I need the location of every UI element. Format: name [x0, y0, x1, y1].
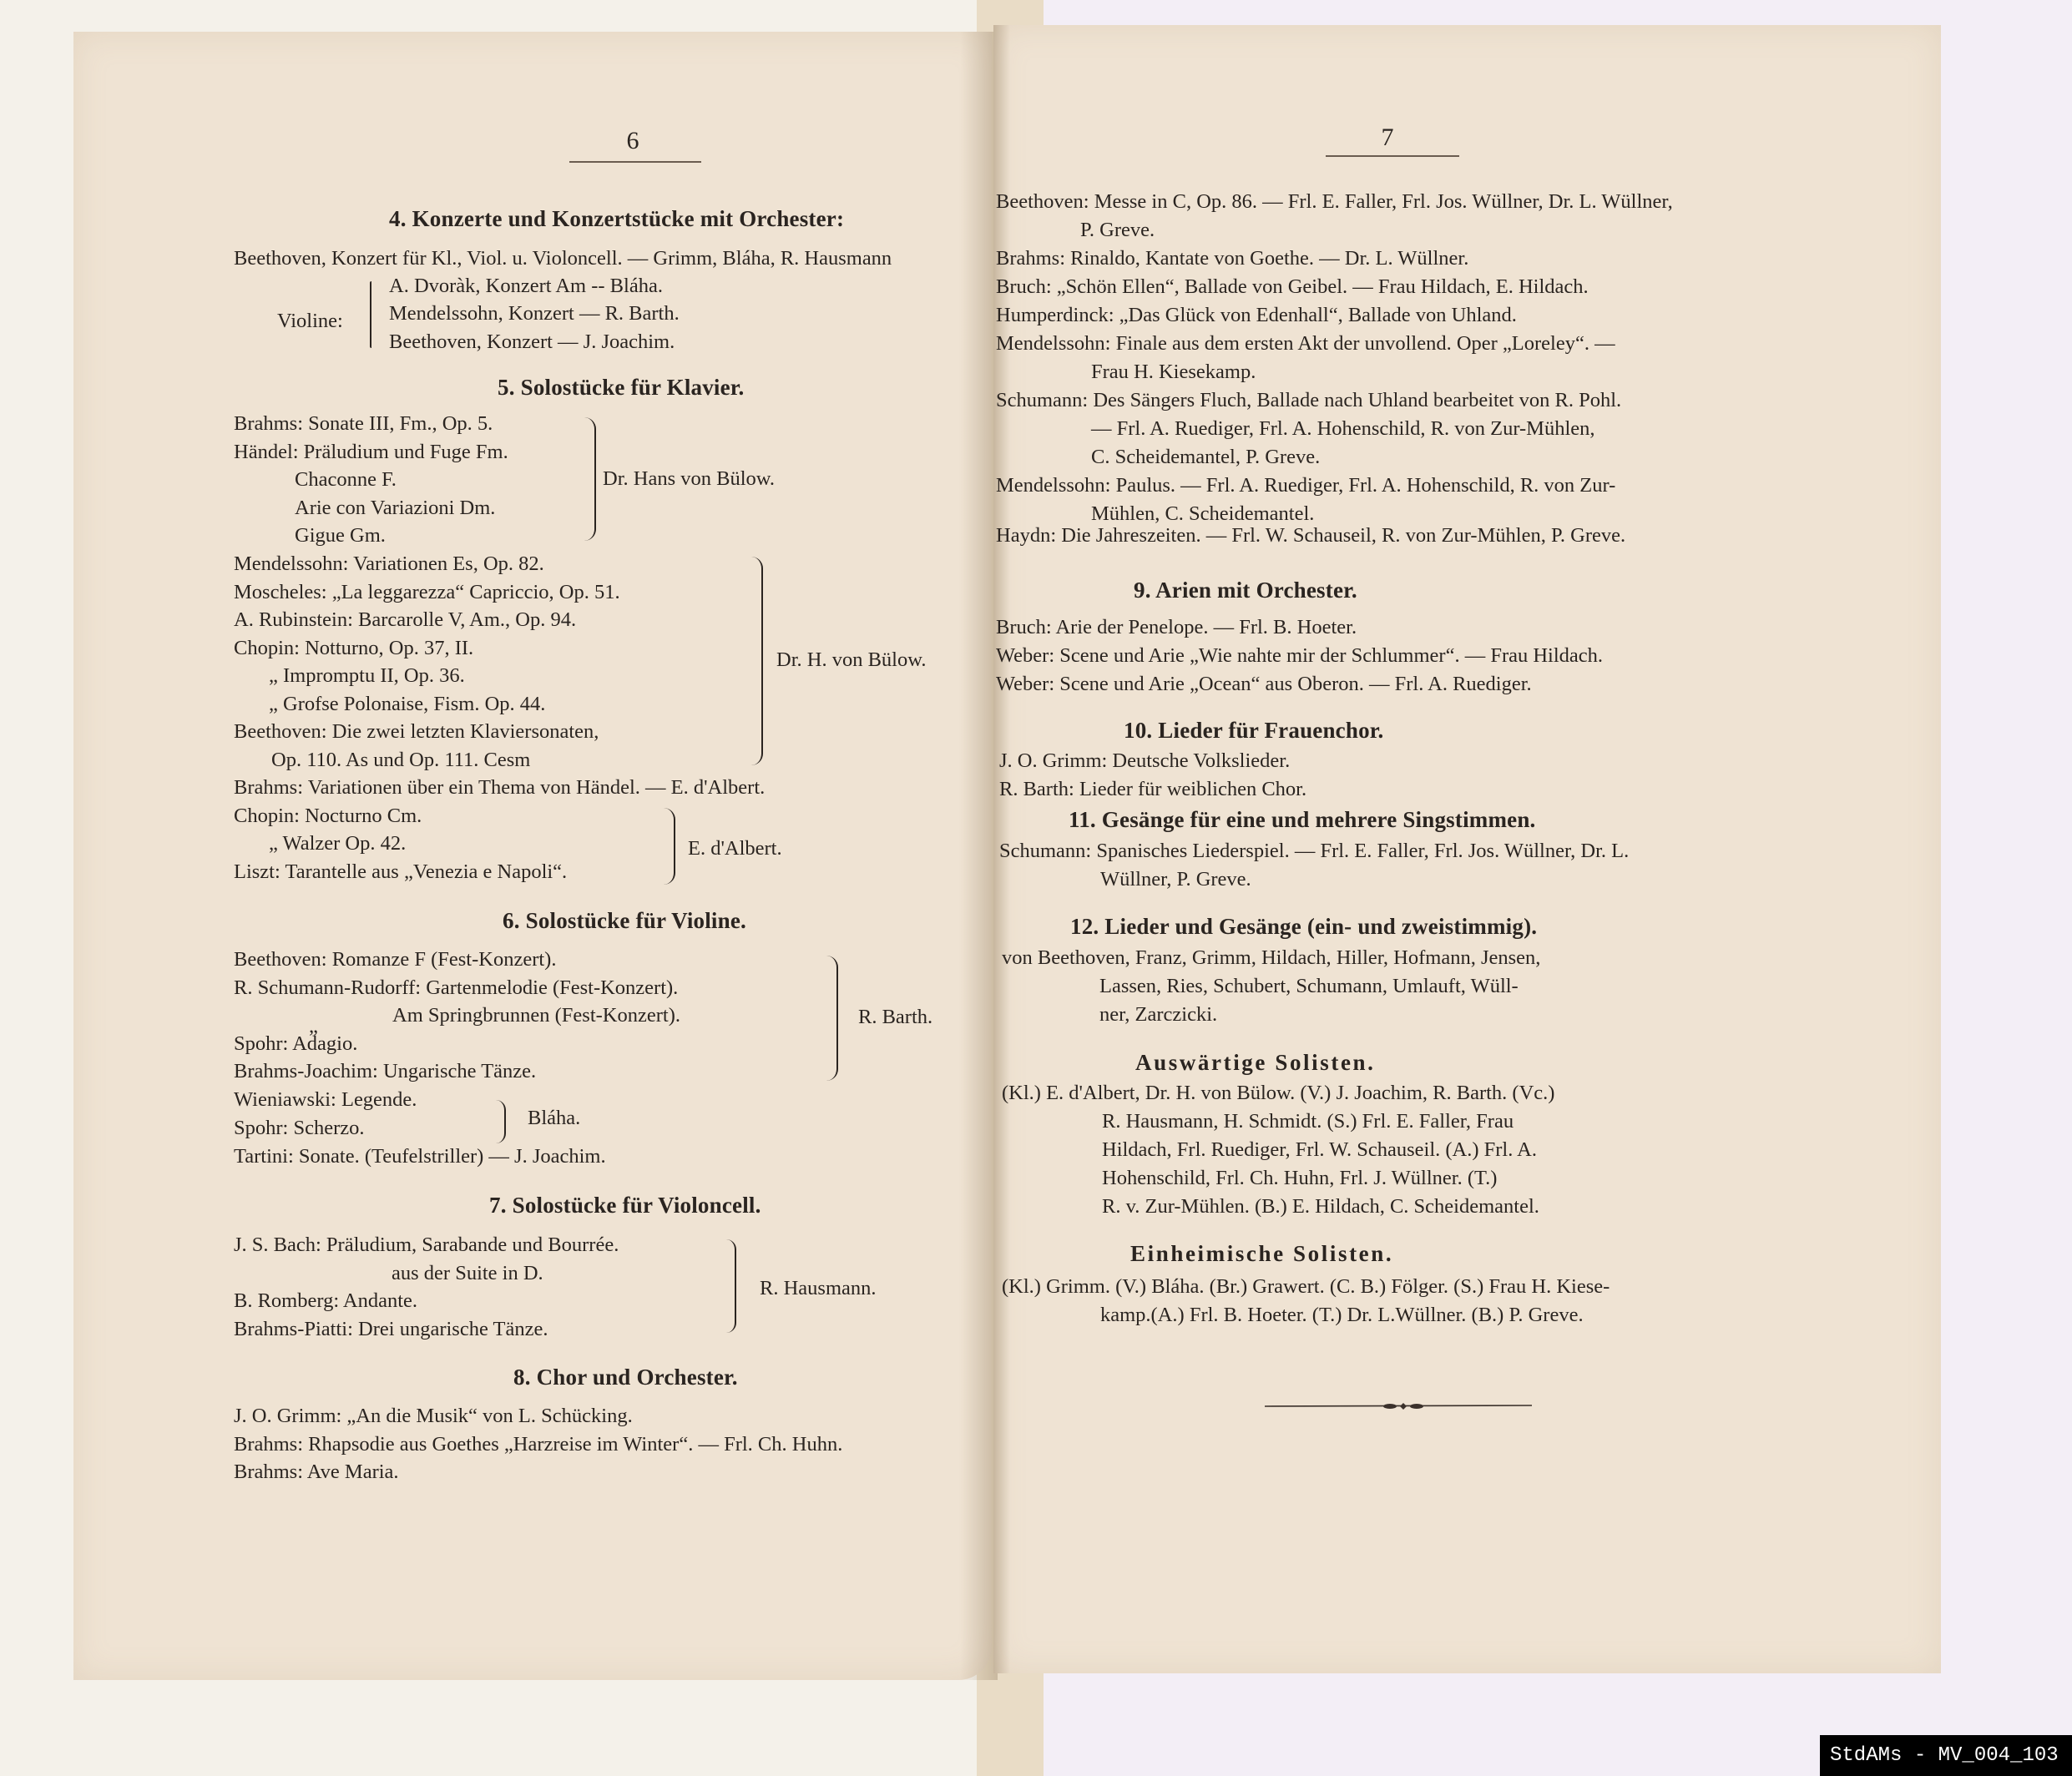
ornament-divider [1265, 1403, 1532, 1410]
entry-line: aus der Suite in D. [392, 1264, 543, 1284]
entry-line: Hohenschild, Frl. Ch. Huhn, Frl. J. Wüll… [1102, 1168, 1497, 1189]
entry-line: Moscheles: „La leggarezza“ Capriccio, Op… [234, 583, 620, 603]
entry-line: Brahms: Rinaldo, Kantate von Goethe. — D… [996, 249, 1468, 270]
page-rule-right [1326, 155, 1459, 157]
brace [584, 417, 596, 541]
entry-line: Brahms-Joachim: Ungarische Tänze. [234, 1062, 536, 1082]
entry-line: Wüllner, P. Greve. [1100, 870, 1251, 891]
section-title-external-soloists: Auswärtige Solisten. [1135, 1050, 1376, 1076]
entry-line: A. Dvoràk, Konzert Am -- Bláha. [389, 276, 663, 297]
entry-line: P. Greve. [1080, 220, 1155, 241]
performer-label: Dr. Hans von Bülow. [603, 467, 775, 491]
section-title-12: 12. Lieder und Gesänge (ein- und zweisti… [1070, 914, 1537, 940]
entry-line: Beethoven: Romanze F (Fest-Konzert). [234, 950, 556, 971]
entry-line: Gigue Gm. [295, 526, 386, 547]
entry-line: „ Impromptu II, Op. 36. [269, 666, 465, 687]
entry-line: R. Hausmann, H. Schmidt. (S.) Frl. E. Fa… [1102, 1112, 1514, 1133]
entry-line: Brahms: Sonate III, Fm., Op. 5. [234, 414, 493, 435]
entry-line: C. Scheidemantel, P. Greve. [1091, 447, 1320, 468]
entry-line: „ Grofse Polonaise, Fism. Op. 44. [269, 694, 545, 715]
section-title-local-soloists: Einheimische Solisten. [1130, 1241, 1393, 1267]
entry-line: Beethoven: Messe in C, Op. 86. — Frl. E.… [996, 192, 1673, 213]
performer-label: Dr. H. von Bülow. [776, 648, 926, 672]
section-title-4: 4. Konzerte und Konzertstücke mit Orches… [389, 206, 844, 232]
brace [664, 808, 675, 885]
entry-line: A. Rubinstein: Barcarolle V, Am., Op. 94… [234, 610, 576, 631]
gutter-shadow [960, 32, 998, 1680]
entry-line: J. O. Grimm: Deutsche Volkslieder. [999, 751, 1290, 772]
archive-id-label: StdAMs - MV_004_103 [1820, 1735, 2072, 1776]
entry-line: Schumann: Spanisches Liederspiel. — Frl.… [999, 841, 1629, 862]
section-title-10: 10. Lieder für Frauenchor. [1124, 718, 1383, 744]
section-title-9: 9. Arien mit Orchester. [1134, 578, 1357, 603]
entry-line: ner, Zarczicki. [1099, 1005, 1217, 1026]
section-title-7: 7. Solostücke für Violoncell. [489, 1193, 761, 1218]
brace [726, 1239, 736, 1333]
brace [496, 1100, 506, 1143]
entry-line: Chopin: Notturno, Op. 37, II. [234, 638, 473, 659]
entry-line: Chaconne F. [295, 470, 397, 491]
entry-line: (Kl.) E. d'Albert, Dr. H. von Bülow. (V.… [1002, 1083, 1554, 1104]
entry-line: Chopin: Nocturno Cm. [234, 806, 422, 827]
page-number-right: 7 [1304, 124, 1471, 152]
entry-line: Tartini: Sonate. (Teufelstriller) — J. J… [234, 1147, 606, 1168]
entry-line: Op. 110. As und Op. 111. Cesm [271, 750, 530, 771]
section-title-6: 6. Solostücke für Violine. [503, 908, 746, 934]
entry-line: Mendelssohn, Konzert — R. Barth. [389, 304, 680, 325]
brace [751, 557, 763, 765]
entry-line: Hildach, Frl. Ruediger, Frl. W. Schausei… [1102, 1140, 1537, 1161]
section-title-11: 11. Gesänge für eine und mehrere Singsti… [1069, 807, 1536, 833]
entry-line: „ Walzer Op. 42. [269, 834, 406, 855]
performer-label: Bláha. [528, 1107, 580, 1130]
entry-line: Schumann: Des Sängers Fluch, Ballade nac… [996, 391, 1621, 411]
performer-label: R. Hausmann. [760, 1277, 877, 1300]
entry-line: — Frl. A. Ruediger, Frl. A. Hohenschild,… [1091, 419, 1595, 440]
entry-line: Beethoven: Die zwei letzten Klaviersonat… [234, 722, 599, 743]
entry-line: Weber: Scene und Arie „Ocean“ aus Oberon… [996, 674, 1532, 695]
entry-line: Wieniawski: Legende. [234, 1090, 417, 1111]
entry-line: Arie con Variazioni Dm. [295, 498, 495, 519]
entry-line: Am Springbrunnen (Fest-Konzert). [392, 1006, 680, 1027]
entry-line: (Kl.) Grimm. (V.) Bláha. (Br.) Grawert. … [1002, 1277, 1610, 1298]
performer-label: E. d'Albert. [688, 837, 782, 860]
entry-line: Brahms: Variationen über ein Thema von H… [234, 778, 765, 799]
brace [370, 281, 371, 348]
entry-line: Händel: Präludium und Fuge Fm. [234, 442, 508, 463]
entry-line: Frau H. Kiesekamp. [1091, 362, 1256, 383]
entry-line: Liszt: Tarantelle aus „Venezia e Napoli“… [234, 862, 567, 883]
entry-line: kamp.(A.) Frl. B. Hoeter. (T.) Dr. L.Wül… [1100, 1305, 1584, 1326]
page-number-left: 6 [549, 127, 716, 155]
entry-line: Mendelssohn: Finale aus dem ersten Akt d… [996, 334, 1615, 355]
entry-line: Brahms-Piatti: Drei ungarische Tänze. [234, 1319, 548, 1340]
entry-line: Spohr: Adagio. [234, 1034, 357, 1055]
entry-line: Brahms: Rhapsodie aus Goethes „Harzreise… [234, 1435, 842, 1456]
entry-line: Humperdinck: „Das Glück von Edenhall“, B… [996, 305, 1517, 326]
entry-line: Beethoven, Konzert — J. Joachim. [389, 332, 675, 353]
violin-group-label: Violine: [277, 311, 343, 332]
brace [826, 956, 838, 1081]
entry-line: Mendelssohn: Variationen Es, Op. 82. [234, 554, 544, 575]
entry-line: B. Romberg: Andante. [234, 1291, 417, 1312]
entry-line: Bruch: Arie der Penelope. — Frl. B. Hoet… [996, 618, 1357, 638]
entry-line: Bruch: „Schön Ellen“, Ballade von Geibel… [996, 277, 1589, 298]
entry-line: R. Barth: Lieder für weiblichen Chor. [999, 780, 1306, 800]
entry-line: Beethoven, Konzert für Kl., Viol. u. Vio… [234, 249, 892, 270]
entry-line: Mendelssohn: Paulus. — Frl. A. Ruediger,… [996, 476, 1615, 497]
performer-label: R. Barth. [858, 1006, 932, 1029]
entry-line: J. S. Bach: Präludium, Sarabande und Bou… [234, 1235, 619, 1256]
entry-line: Haydn: Die Jahreszeiten. — Frl. W. Schau… [996, 526, 1625, 547]
entry-line: Weber: Scene und Arie „Wie nahte mir der… [996, 646, 1603, 667]
section-title-8: 8. Chor und Orchester. [513, 1365, 738, 1390]
entry-line: Mühlen, C. Scheidemantel. [1091, 504, 1314, 525]
entry-line: Brahms: Ave Maria. [234, 1462, 399, 1483]
section-title-5: 5. Solostücke für Klavier. [498, 375, 744, 401]
page-rule-left [569, 161, 701, 163]
entry-line: R. Schumann-Rudorff: Gartenmelodie (Fest… [234, 978, 678, 999]
entry-line: Spohr: Scherzo. [234, 1118, 365, 1139]
entry-line: von Beethoven, Franz, Grimm, Hildach, Hi… [1002, 948, 1540, 969]
entry-line: Lassen, Ries, Schubert, Schumann, Umlauf… [1099, 976, 1519, 997]
entry-line: R. v. Zur-Mühlen. (B.) E. Hildach, C. Sc… [1102, 1197, 1539, 1218]
entry-line: J. O. Grimm: „An die Musik“ von L. Schüc… [234, 1406, 633, 1427]
